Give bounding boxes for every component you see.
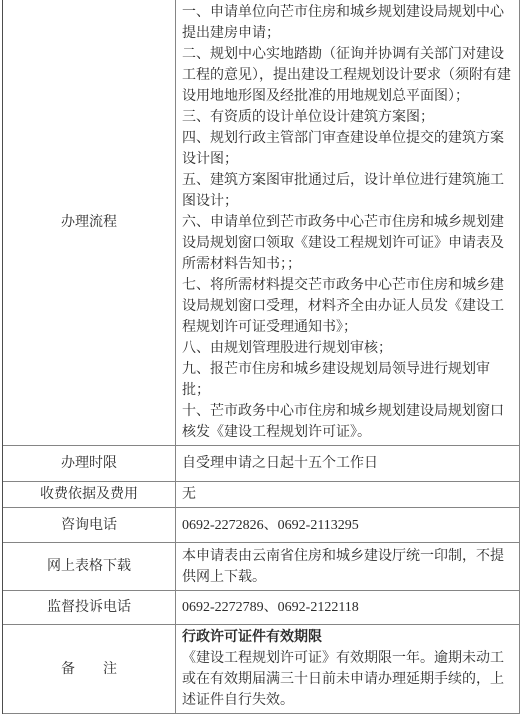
flow-step-1: 一、申请单位向芒市住房和城乡规划建设局规划中心提出建房申请；	[182, 2, 515, 44]
table-row-process-flow: 办理流程 一、申请单位向芒市住房和城乡规划建设局规划中心提出建房申请； 二、规划…	[3, 0, 519, 446]
table-row-fee: 收费依据及费用 无	[3, 482, 519, 508]
flow-step-4: 四、规划行政主管部门审查建设单位提交的建筑方案设计图；	[182, 128, 515, 170]
time-limit-text: 自受理申请之日起十五个工作日	[182, 453, 515, 474]
row-value-time-limit: 自受理申请之日起十五个工作日	[176, 446, 519, 481]
row-label-consult-phone: 咨询电话	[3, 508, 176, 542]
row-value-complaint-phone: 0692-2272789、0692-2122118	[176, 591, 519, 600]
row-value-fee: 无	[176, 482, 519, 507]
flow-step-3: 三、有资质的设计单位设计建筑方案图；	[182, 107, 515, 128]
row-value-form-download: 本申请表由云南省住房和城乡建设厅统一印制，不提供网上下载。	[176, 543, 519, 590]
table-row-form-download: 网上表格下载 本申请表由云南省住房和城乡建设厅统一印制，不提供网上下载。	[3, 543, 519, 591]
row-label-form-download: 网上表格下载	[3, 543, 176, 590]
flow-step-5: 五、建筑方案图审批通过后，设计单位进行建筑施工图设计；	[182, 170, 515, 212]
flow-step-8: 八、由规划管理股进行规划审核；	[182, 338, 515, 359]
fee-text: 无	[182, 484, 515, 505]
consult-phone-numbers: 0692-2272826、0692-2113295	[182, 515, 515, 536]
row-label-time-limit: 办理时限	[3, 446, 176, 481]
table-row-consult-phone: 咨询电话 0692-2272826、0692-2113295	[3, 508, 519, 543]
flow-step-10: 十、芒市政务中心市住房和城乡规划建设局规划窗口核发《建设工程规划许可证》。	[182, 401, 515, 443]
table-row-complaint-phone: 监督投诉电话 0692-2272789、0692-2122118	[3, 591, 519, 600]
table-row-time-limit: 办理时限 自受理申请之日起十五个工作日	[3, 446, 519, 482]
form-download-text: 本申请表由云南省住房和城乡建设厅统一印制，不提供网上下载。	[182, 546, 515, 588]
procedure-guide-table: 办理流程 一、申请单位向芒市住房和城乡规划建设局规划中心提出建房申请； 二、规划…	[2, 0, 520, 600]
row-value-process-flow: 一、申请单位向芒市住房和城乡规划建设局规划中心提出建房申请； 二、规划中心实地踏…	[176, 0, 519, 445]
flow-step-2: 二、规划中心实地踏勘（征询并协调有关部门对建设工程的意见），提出建设工程规划设计…	[182, 44, 515, 107]
row-label-process-flow: 办理流程	[3, 0, 176, 445]
row-value-consult-phone: 0692-2272826、0692-2113295	[176, 508, 519, 542]
flow-step-7: 七、将所需材料提交芒市政务中心芒市住房和城乡建设局规划窗口受理，材料齐全由办证人…	[182, 275, 515, 338]
flow-step-6: 六、申请单位到芒市政务中心芒市住房和城乡规划建设局规划窗口领取《建设工程规划许可…	[182, 212, 515, 275]
flow-step-9: 九、报芒市住房和城乡建设规划局领导进行规划审批；	[182, 359, 515, 401]
row-label-complaint-phone: 监督投诉电话	[3, 591, 176, 600]
row-label-fee: 收费依据及费用	[3, 482, 176, 507]
